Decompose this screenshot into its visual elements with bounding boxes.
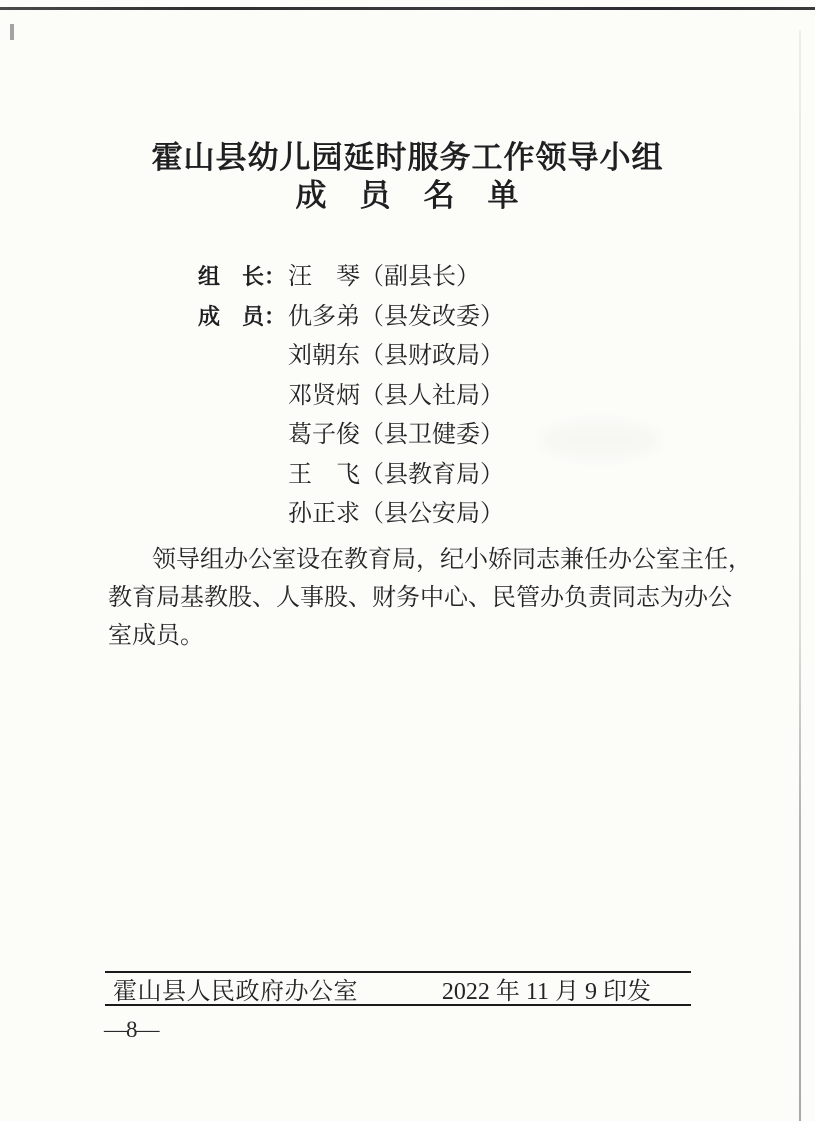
roster-role-label: 成 员： bbox=[198, 298, 288, 338]
page-number: —8— bbox=[104, 1013, 159, 1047]
roster-entry: 邓贤炳（县人社局） bbox=[288, 383, 504, 409]
issuing-office-label: 霍山县人民政府办公室 bbox=[113, 971, 358, 1006]
roster-entry: 葛子俊（县卫健委） bbox=[288, 422, 504, 448]
roster-row: 组 长：汪 琴（副县长） bbox=[198, 258, 504, 298]
paragraph-line: 教育局基教股、人事股、财务中心、民管办负责同志为办公 bbox=[108, 579, 748, 617]
scan-edge-left-mark bbox=[10, 24, 14, 40]
document-title-line-1: 霍山县幼儿园延时服务工作领导小组 bbox=[0, 139, 815, 177]
print-date-label: 2022 年 11 月 9 印发 bbox=[442, 971, 651, 1006]
roster-row: 成 员：仇多弟（县发改委） bbox=[198, 298, 504, 338]
roster-row: 刘朝东（县财政局） bbox=[198, 337, 504, 377]
roster-row: 王 飞（县教育局） bbox=[198, 456, 504, 496]
roster-row: 孙正求（县公安局） bbox=[198, 495, 504, 535]
paragraph-line: 领导组办公室设在教育局，纪小娇同志兼任办公室主任， bbox=[108, 541, 748, 579]
paragraph-line: 室成员。 bbox=[108, 617, 748, 655]
roster-role-label: 组 长： bbox=[198, 258, 288, 298]
member-roster: 组 长：汪 琴（副县长） 成 员：仇多弟（县发改委） 刘朝东（县财政局） 邓贤炳… bbox=[198, 258, 504, 535]
roster-entry: 仇多弟（县发改委） bbox=[288, 304, 504, 330]
roster-entry: 王 飞（县教育局） bbox=[288, 462, 504, 488]
scanned-document-page: 霍山县幼儿园延时服务工作领导小组 成 员 名 单 组 长：汪 琴（副县长） 成 … bbox=[0, 0, 815, 1121]
roster-row: 邓贤炳（县人社局） bbox=[198, 377, 504, 417]
roster-row: 葛子俊（县卫健委） bbox=[198, 416, 504, 456]
paper-bleed-smudge bbox=[540, 420, 660, 460]
document-title-line-2: 成 员 名 单 bbox=[0, 177, 815, 215]
document-title: 霍山县幼儿园延时服务工作领导小组 成 员 名 单 bbox=[0, 139, 815, 215]
roster-entry: 刘朝东（县财政局） bbox=[288, 343, 504, 369]
roster-entry: 汪 琴（副县长） bbox=[288, 264, 480, 290]
scan-edge-top-line bbox=[0, 7, 815, 10]
roster-entry: 孙正求（县公安局） bbox=[288, 501, 504, 527]
footer-imprint-bar: 霍山县人民政府办公室 2022 年 11 月 9 印发 bbox=[105, 971, 691, 1006]
office-note-paragraph: 领导组办公室设在教育局，纪小娇同志兼任办公室主任， 教育局基教股、人事股、财务中… bbox=[108, 541, 748, 655]
